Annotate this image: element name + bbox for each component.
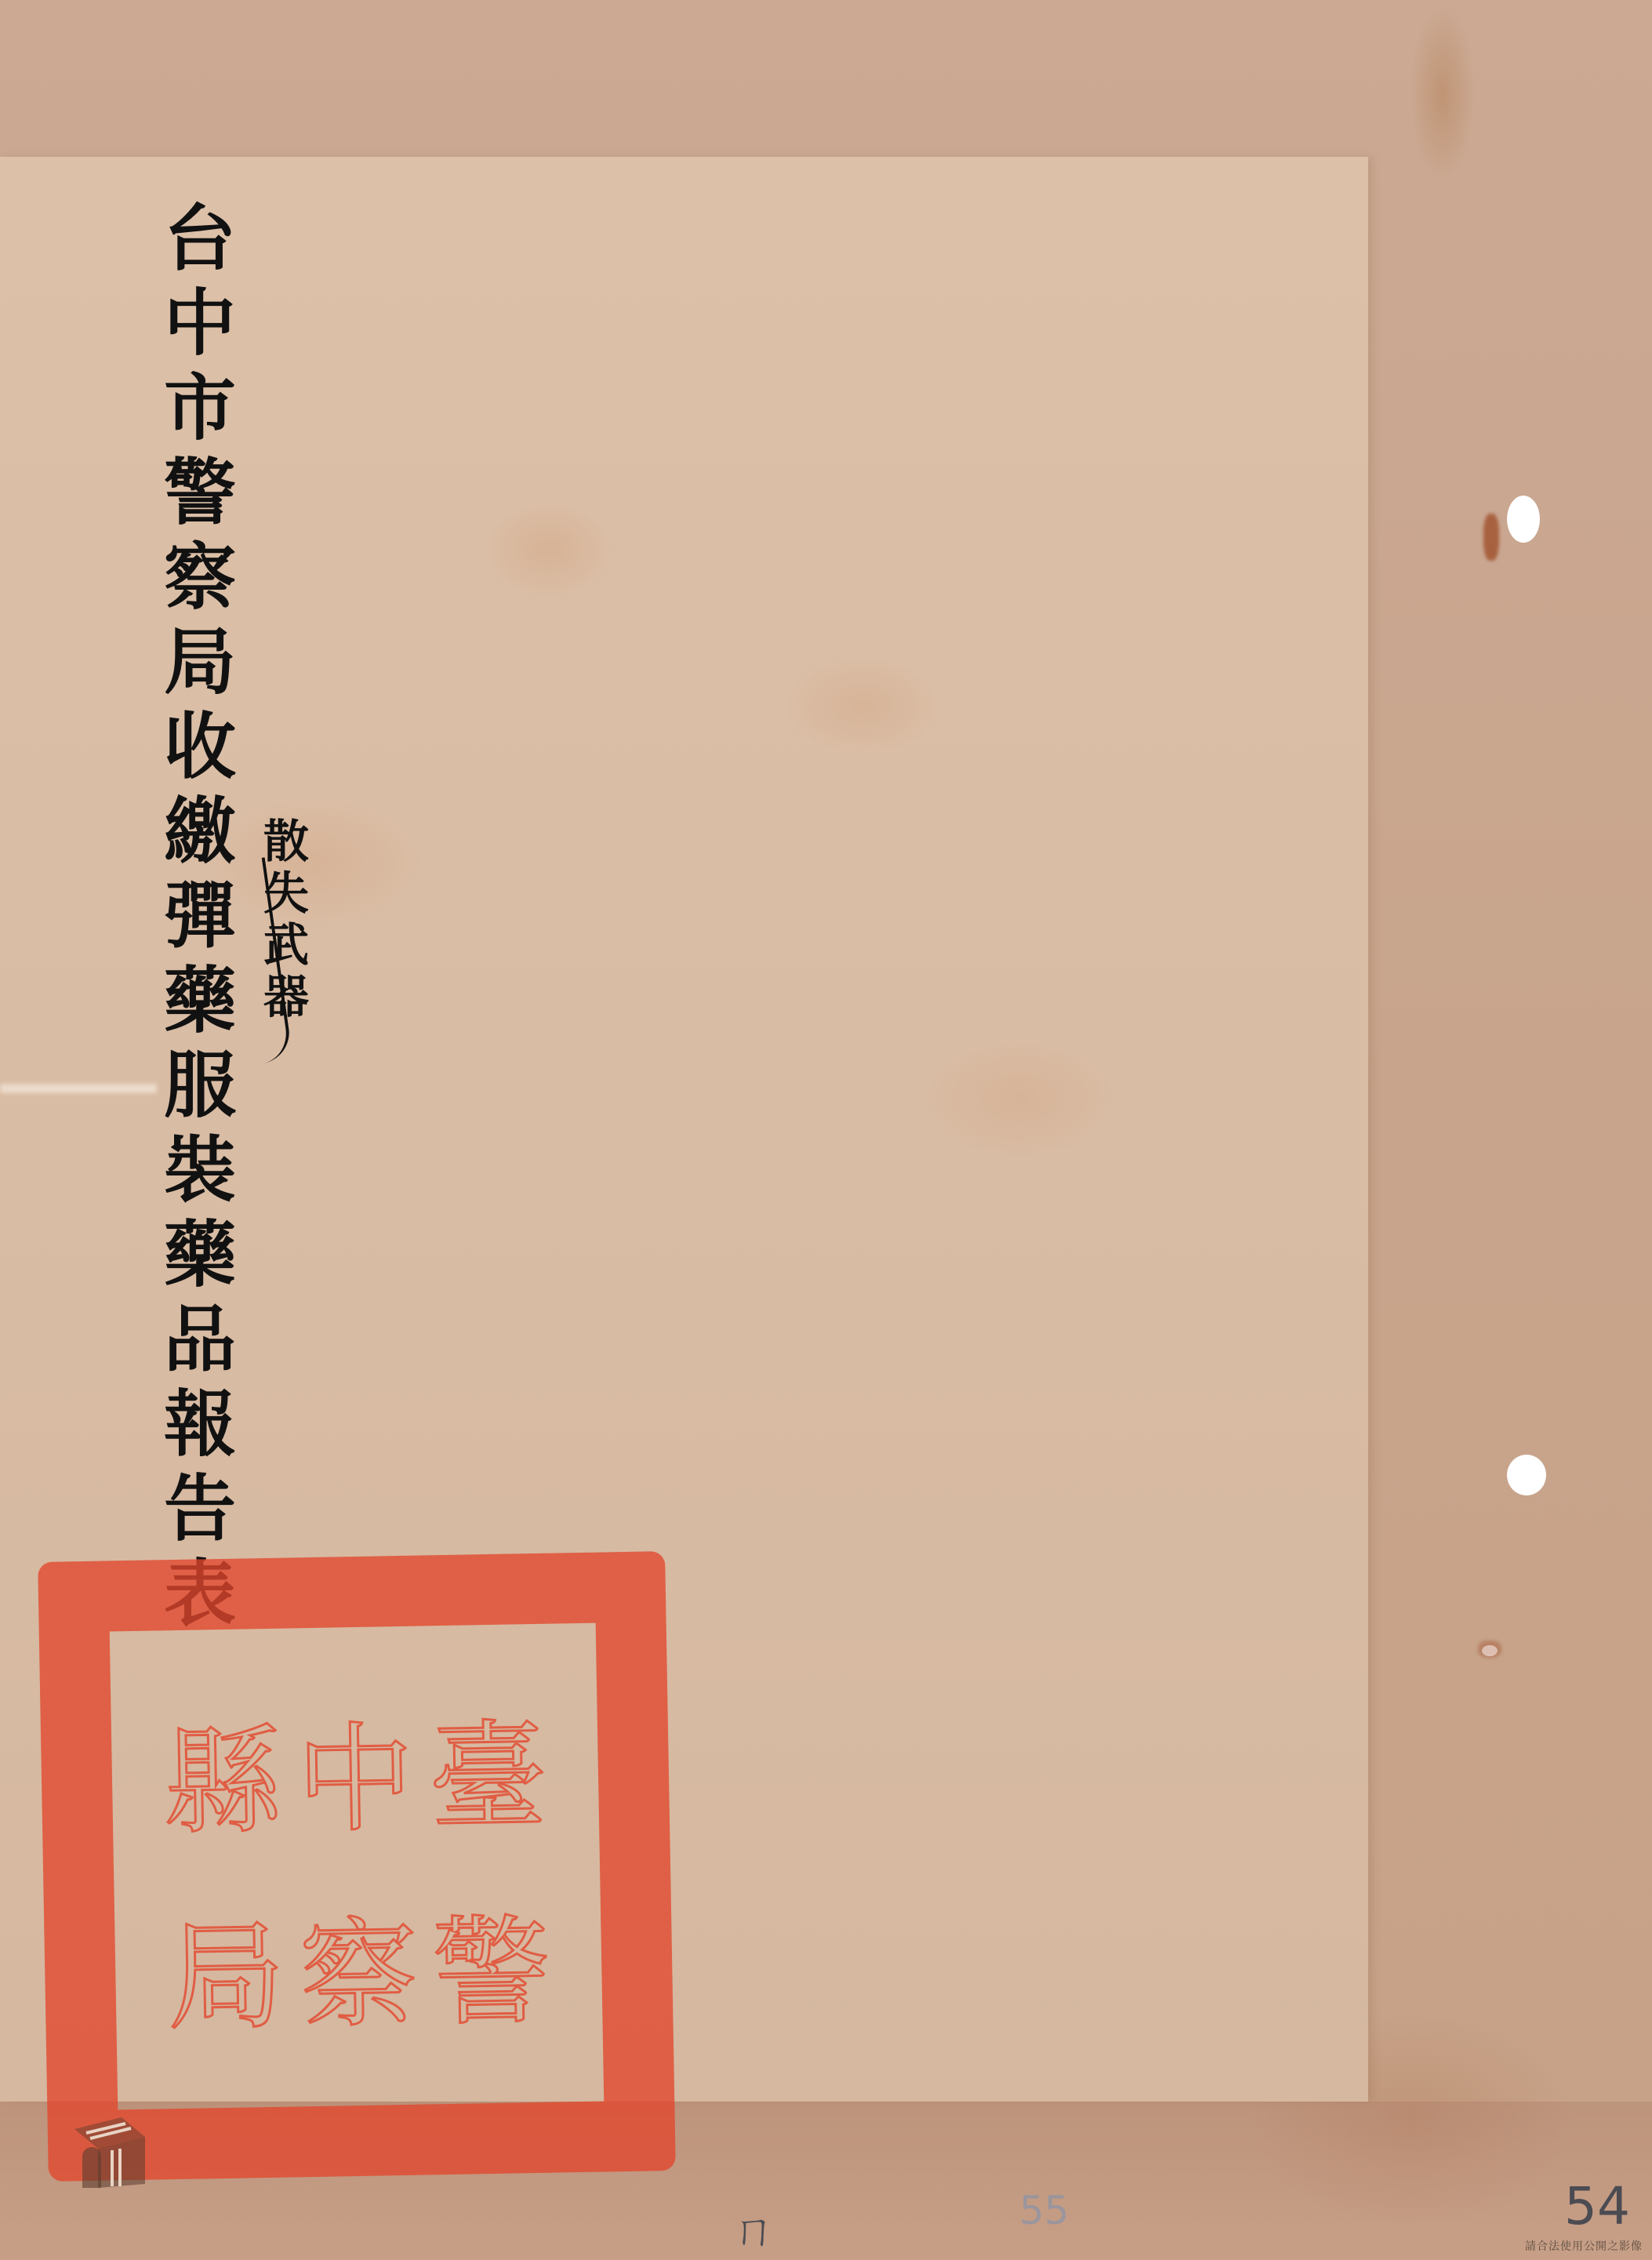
title-char: 告	[164, 1466, 236, 1551]
title-char: 報	[164, 1382, 236, 1466]
faint-page-number: 55	[1019, 2188, 1069, 2233]
title-char: 彈	[164, 874, 236, 958]
title-char: 藥	[164, 1212, 236, 1297]
seal-char: 察	[293, 1869, 423, 2060]
title-char: 繳	[164, 789, 236, 874]
title-char: 藥	[164, 958, 236, 1043]
title-char: 服	[164, 1043, 236, 1128]
title-insertion: 散 失 武 器	[255, 816, 318, 1023]
seal-char: 中	[290, 1673, 420, 1865]
punch-hole	[1507, 496, 1540, 543]
seal-char: 局	[161, 1871, 291, 2062]
official-red-seal: 縣 中 臺 局 察 警	[38, 1551, 676, 2182]
punch-hole	[1507, 1455, 1546, 1495]
title-char: 裝	[164, 1128, 236, 1212]
title-char: 收	[164, 704, 236, 789]
insertion-char: 器	[263, 971, 309, 1023]
pencil-mark: ㄇ	[732, 2196, 775, 2258]
seal-char: 臺	[423, 1671, 553, 1862]
insertion-char: 武	[263, 919, 309, 971]
seal-char: 縣	[158, 1676, 288, 1867]
title-char: 中	[164, 281, 236, 365]
seal-char: 警	[427, 1866, 557, 2058]
title-char: 市	[164, 365, 236, 450]
rust-stain	[1483, 514, 1499, 561]
title-char: 警	[164, 450, 236, 535]
title-char: 品	[164, 1297, 236, 1382]
rust-stain	[1478, 1640, 1501, 1658]
fold-crease	[0, 1084, 157, 1093]
title-char: 察	[164, 535, 236, 620]
page-number: 54	[1564, 2176, 1630, 2236]
insertion-char: 散	[263, 816, 309, 867]
usage-watermark: 請合法使用公開之影像	[1525, 2238, 1643, 2254]
insertion-char: 失	[263, 867, 309, 919]
title-char: 台	[164, 196, 236, 281]
title-char: 局	[164, 620, 236, 704]
library-book-icon	[67, 2102, 153, 2188]
